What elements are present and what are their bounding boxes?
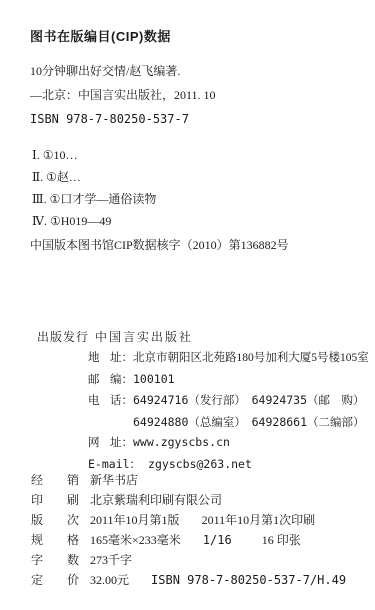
classification-line-3: Ⅲ. ①口才学—通俗读物 — [32, 188, 156, 210]
format-sheets-value: 16 印张 — [262, 530, 301, 550]
website-label-char1: 网 — [88, 433, 100, 454]
contact-block: 地址： 北京市朝阳区北苑路180号加利大厦5号楼105室 邮编： 100101 … — [88, 348, 373, 474]
cip-description-block: 10分钟聊出好交情/赵飞编著. —北京：中国言实出版社，2011. 10 ISB… — [30, 59, 216, 131]
cip-classification-block: Ⅰ. ①10… Ⅱ. ①赵… Ⅲ. ①口才学—通俗读物 Ⅳ. ①H019—49 — [32, 144, 156, 232]
classification-line-4: Ⅳ. ①H019—49 — [32, 210, 156, 232]
phone-value-1: 64924716（发行部） 64924735（邮 购） — [133, 390, 365, 411]
postcode-row: 邮编： 100101 — [88, 369, 373, 391]
address-label-char1: 地 — [88, 348, 100, 369]
address-row: 地址： 北京市朝阳区北苑路180号加利大厦5号楼105室 — [88, 348, 373, 369]
colophon-block: 经销 新华书店 印刷 北京紫瑞利印刷有限公司 版次 2011年10月第1版 20… — [31, 470, 346, 590]
edition-value: 2011年10月第1版 — [90, 510, 180, 530]
format-label: 规格 — [31, 530, 79, 550]
phone-label-char1: 电 — [88, 391, 100, 412]
edition-row: 版次 2011年10月第1版 2011年10月第1次印刷 — [31, 510, 346, 530]
address-label-char2: 址： — [110, 348, 133, 369]
wordcount-label: 字数 — [31, 550, 79, 570]
edition-label: 版次 — [31, 510, 79, 530]
website-label: 网址： — [88, 433, 133, 454]
phone-row-2: 64924880（总编室） 64928661（二编部） — [88, 412, 373, 433]
postcode-label: 邮编： — [88, 370, 133, 391]
phone-value-2: 64924880（总编室） 64928661（二编部） — [133, 412, 365, 433]
distribution-row: 经销 新华书店 — [31, 470, 346, 490]
publisher-name: 中国言实出版社 — [95, 328, 193, 345]
format-row: 规格 165毫米×233毫米 1/16 16 印张 — [31, 530, 346, 550]
phone-row-1: 电话： 64924716（发行部） 64924735（邮 购） — [88, 390, 373, 412]
address-value: 北京市朝阳区北苑路180号加利大厦5号楼105室 — [133, 348, 369, 369]
postcode-value: 100101 — [133, 369, 175, 390]
cip-isbn-line: ISBN 978-7-80250-537-7 — [30, 107, 216, 131]
format-folio-value: 1/16 — [203, 530, 232, 550]
distribution-value: 新华书店 — [90, 470, 138, 490]
website-value: www.zgyscbs.cn — [133, 432, 230, 453]
website-row: 网址： www.zgyscbs.cn — [88, 432, 373, 454]
price-value: 32.00元 — [90, 570, 129, 590]
copyright-page: 图书在版编目(CIP)数据 10分钟聊出好交情/赵飞编著. —北京：中国言实出版… — [0, 0, 375, 610]
format-size-value: 165毫米×233毫米 — [90, 530, 181, 550]
postcode-label-char1: 邮 — [88, 370, 100, 391]
phone-label-char2: 话： — [110, 391, 133, 412]
address-label: 地址： — [88, 348, 133, 369]
publisher-row: 出版发行 中国言实出版社 — [37, 328, 193, 345]
printing-value: 2011年10月第1次印刷 — [202, 510, 316, 530]
cip-publisher-line: —北京：中国言实出版社，2011. 10 — [30, 83, 216, 107]
website-label-char2: 址： — [110, 433, 133, 454]
cip-header: 图书在版编目(CIP)数据 — [30, 26, 171, 45]
price-row: 定价 32.00元 ISBN 978-7-80250-537-7/H.49 — [31, 570, 346, 590]
cip-title-line: 10分钟聊出好交情/赵飞编著. — [30, 59, 216, 83]
classification-line-2: Ⅱ. ①赵… — [32, 166, 156, 188]
postcode-label-char2: 编： — [110, 370, 133, 391]
cip-record-number: 中国版本图书馆CIP数据核字（2010）第136882号 — [30, 236, 289, 253]
price-isbn-value: ISBN 978-7-80250-537-7/H.49 — [151, 570, 346, 590]
printer-label: 印刷 — [31, 490, 79, 510]
wordcount-value: 273千字 — [90, 550, 132, 570]
classification-line-1: Ⅰ. ①10… — [32, 144, 156, 166]
distribution-label: 经销 — [31, 470, 79, 490]
wordcount-row: 字数 273千字 — [31, 550, 346, 570]
phone-label: 电话： — [88, 391, 133, 412]
publisher-label: 出版发行 — [37, 328, 89, 345]
printer-row: 印刷 北京紫瑞利印刷有限公司 — [31, 490, 346, 510]
price-label: 定价 — [31, 570, 79, 590]
printer-value: 北京紫瑞利印刷有限公司 — [90, 490, 222, 510]
